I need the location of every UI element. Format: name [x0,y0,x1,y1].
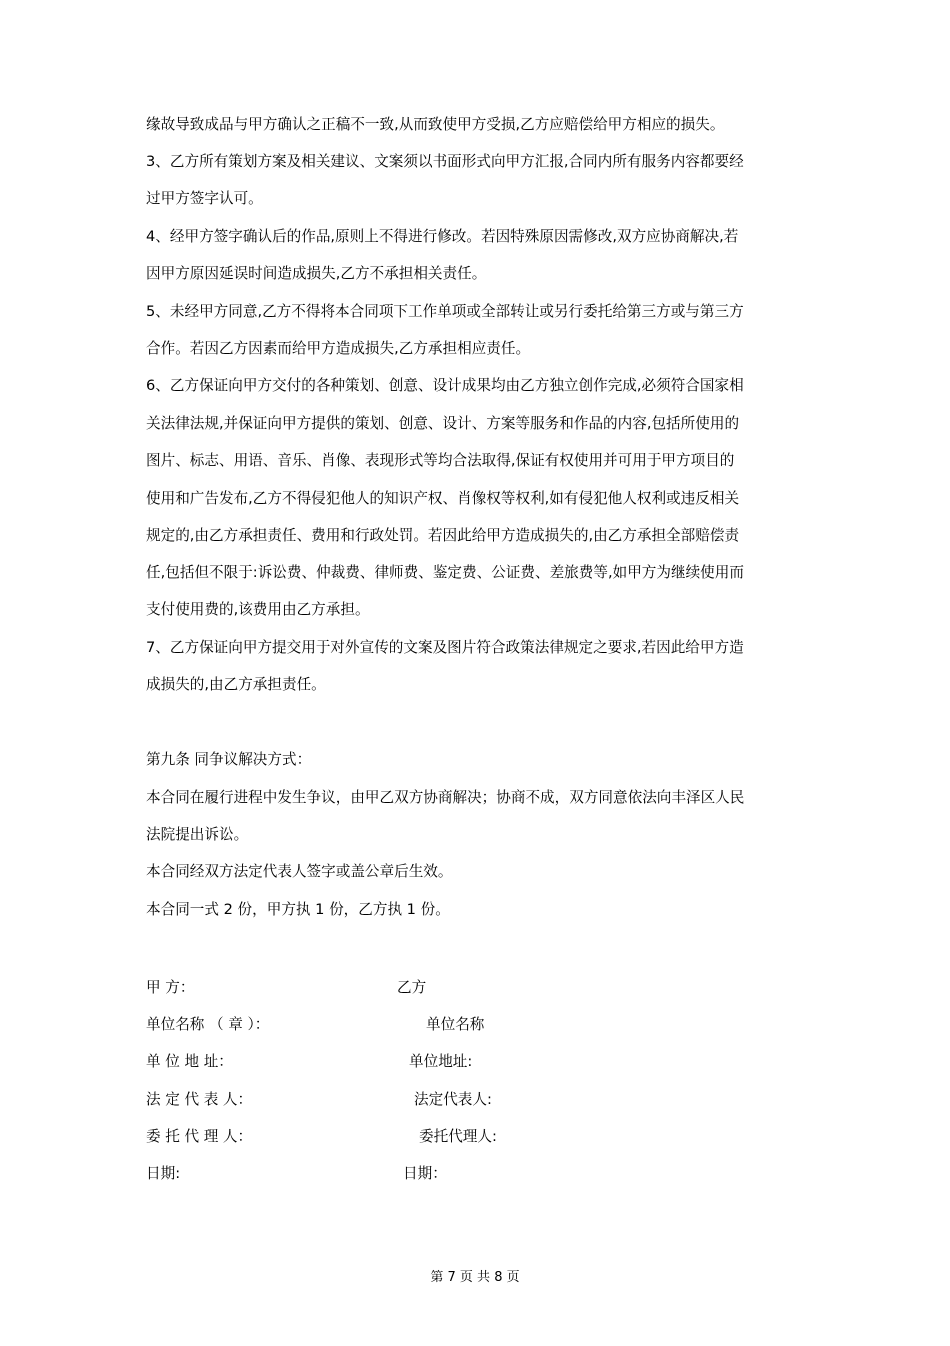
clause-6-line: 关法律法规,并保证向甲方提供的策划、创意、设计、方案等服务和作品的内容,包括所使… [146,414,739,434]
party-a-agent: 委 托 代 理 人： [146,1127,252,1147]
clause-6-line: 图片、标志、用语、音乐、肖像、表现形式等均合法取得,保证有权使用并可用于甲方项目… [146,451,734,471]
party-b-unit-name: 单位名称 [426,1015,484,1035]
clause-6-line: 6、乙方保证向甲方交付的各种策划、创意、设计成果均由乙方独立创作完成,必须符合国… [146,376,744,396]
clause-4-line: 因甲方原因延误时间造成损失,乙方不承担相关责任。 [146,264,486,284]
article-9-line: 本合同在履行进程中发生争议，由甲乙双方协商解决；协商不成，双方同意依法向丰泽区人… [146,788,744,808]
party-b-agent: 委托代理人: [419,1127,497,1147]
article-9-line: 本合同经双方法定代表人签字或盖公章后生效。 [146,862,452,882]
party-b-address: 单位地址: [409,1052,472,1072]
article-9-line: 法院提出诉讼。 [146,825,248,845]
clause-3-line: 过甲方签字认可。 [146,189,263,209]
clause-6-line: 支付使用费的,该费用由乙方承担。 [146,600,370,620]
party-a-date: 日期: [146,1164,180,1184]
clause-3-line: 3、乙方所有策划方案及相关建议、文案须以书面形式向甲方汇报,合同内所有服务内容都… [146,152,744,172]
document-page: 缘故导致成品与甲方确认之正稿不一致,从而致使甲方受损,乙方应赔偿给甲方相应的损失… [0,0,950,1346]
party-a-unit-name: 单位名称 （ 章 ）： [146,1015,269,1035]
party-a-title: 甲 方： [146,978,194,998]
party-b-legal-rep: 法定代表人: [414,1090,492,1110]
clause-7-line: 成损失的,由乙方承担责任。 [146,675,326,695]
party-a-legal-rep: 法 定 代 表 人： [146,1090,252,1110]
clause-4-line: 4、经甲方签字确认后的作品,原则上不得进行修改。若因特殊原因需修改,双方应协商解… [146,227,738,247]
party-b-date: 日期： [403,1164,447,1184]
article-9-heading: 第九条 同争议解决方式： [146,750,311,770]
party-b-title: 乙方 [397,978,426,998]
clause-6-line: 使用和广告发布,乙方不得侵犯他人的知识产权、肖像权等权利,如有侵犯他人权利或违反… [146,489,739,509]
clause-7-line: 7、乙方保证向甲方提交用于对外宣传的文案及图片符合政策法律规定之要求,若因此给甲… [146,638,744,658]
clause-5-line: 5、未经甲方同意,乙方不得将本合同项下工作单项或全部转让或另行委托给第三方或与第… [146,302,744,322]
page-number: 第 7 页 共 8 页 [0,1268,950,1288]
clause-6-line: 任,包括但不限于:诉讼费、仲裁费、律师费、鉴定费、公证费、差旅费等,如甲方为继续… [146,563,744,583]
article-9-line: 本合同一式 2 份，甲方执 1 份，乙方执 1 份。 [146,900,450,920]
clause-5-line: 合作。若因乙方因素而给甲方造成损失,乙方承担相应责任。 [146,339,530,359]
body-line: 缘故导致成品与甲方确认之正稿不一致,从而致使甲方受损,乙方应赔偿给甲方相应的损失… [146,115,724,135]
party-a-address: 单 位 地 址： [146,1052,233,1072]
clause-6-line: 规定的,由乙方承担责任、费用和行政处罚。若因此给甲方造成损失的,由乙方承担全部赔… [146,526,739,546]
